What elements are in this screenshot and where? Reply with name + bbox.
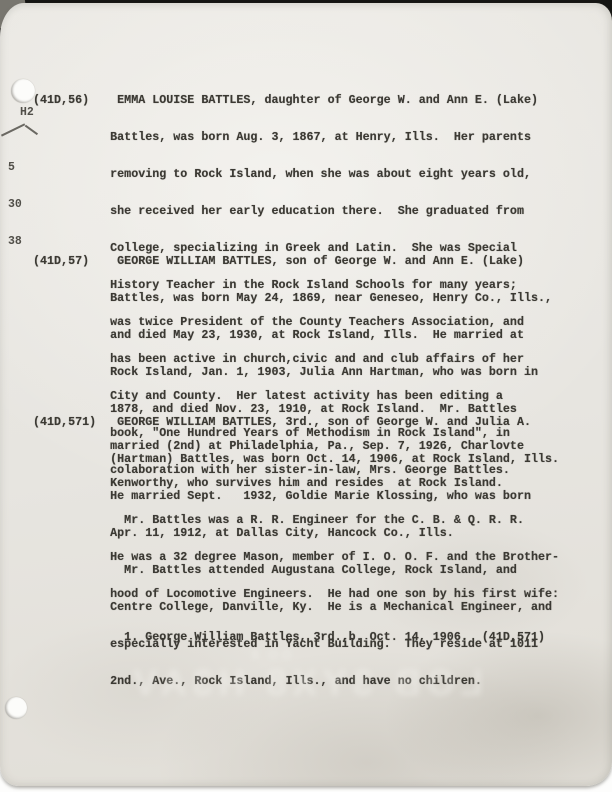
text-line: removing to Rock Island, when she was ab… bbox=[33, 168, 538, 180]
punch-hole-bottom bbox=[5, 697, 27, 719]
text-line: Battles, was born May 24, 1869, near Gen… bbox=[33, 292, 559, 304]
scanned-page: H2 5 30 38 (41D,56) EMMA LOUISE BATTLES,… bbox=[0, 3, 612, 786]
text-line: Apr. 11, 1912, at Dallas City, Hancock C… bbox=[33, 527, 559, 539]
punch-hole-top bbox=[11, 79, 35, 103]
margin-number: 38 bbox=[8, 236, 36, 248]
text-line: (Hartman) Battles, was born Oct. 14, 190… bbox=[33, 453, 559, 465]
text-line: (41D,571) GEORGE WILLIAM BATTLES, 3rd., … bbox=[33, 416, 559, 428]
text-line: and died May 23, 1930, at Rock Island, I… bbox=[33, 329, 559, 341]
text-line: (41D,56) EMMA LOUISE BATTLES, daughter o… bbox=[33, 94, 538, 106]
margin-annotation-numbers: 5 30 38 bbox=[8, 138, 36, 272]
genealogy-entry-41D-571: (41D,571) GEORGE WILLIAM BATTLES, 3rd., … bbox=[33, 391, 559, 712]
text-line: (41D,57) GEORGE WILLIAM BATTLES, son of … bbox=[33, 255, 559, 267]
margin-number: 5 bbox=[8, 162, 36, 174]
text-line: Mr. Battles attended Augustana College, … bbox=[33, 564, 559, 576]
text-line: she received her early education there. … bbox=[33, 205, 538, 217]
text-line: He married Sept. 1932, Goldie Marie Klos… bbox=[33, 490, 559, 502]
text-line: Battles, was born Aug. 3, 1867, at Henry… bbox=[33, 131, 538, 143]
text-line: especially interested in Yacht Building.… bbox=[33, 638, 559, 650]
text-line: Rock Island, Jan. 1, 1903, Julia Ann Har… bbox=[33, 366, 559, 378]
annotation-caret-left-stroke bbox=[1, 123, 25, 136]
margin-number: 30 bbox=[8, 199, 36, 211]
text-line: 2nd., Ave., Rock Island, Ills., and have… bbox=[33, 675, 559, 687]
margin-annotation-code: H2 bbox=[20, 106, 34, 119]
text-line: Centre College, Danville, Ky. He is a Me… bbox=[33, 601, 559, 613]
